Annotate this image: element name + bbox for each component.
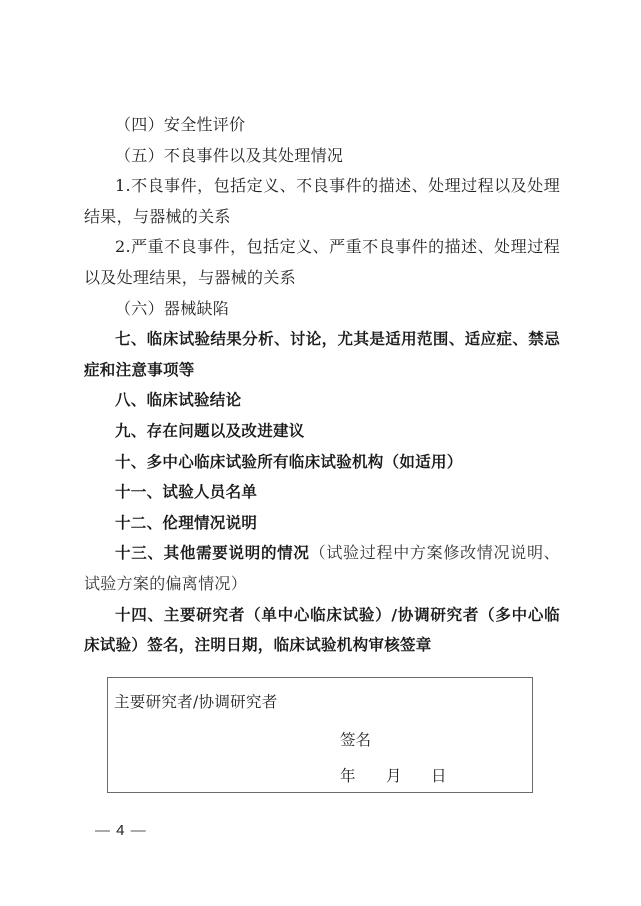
section-10-heading: 十、多中心临床试验所有临床试验机构（如适用） [84, 447, 560, 478]
section-12-heading: 十二、伦理情况说明 [84, 508, 560, 539]
adverse-events-item-2: 2.严重不良事件，包括定义、严重不良事件的描述、处理过程以及处理结果，与器械的关… [84, 232, 560, 293]
signature-label: 签名 [340, 728, 371, 750]
section-11-heading: 十一、试验人员名单 [84, 477, 560, 508]
subsection-device-defects: （六）器械缺陷 [84, 294, 560, 325]
document-page: （四）安全性评价 （五）不良事件以及其处理情况 1.不良事件，包括定义、不良事件… [0, 0, 641, 906]
page-number-left-dash: — [95, 822, 111, 839]
section-7-heading: 七、临床试验结果分析、讨论，尤其是适用范围、适应症、禁忌症和注意事项等 [84, 324, 560, 385]
section-8-heading: 八、临床试验结论 [84, 385, 560, 416]
document-body: （四）安全性评价 （五）不良事件以及其处理情况 1.不良事件，包括定义、不良事件… [84, 110, 560, 661]
date-year-label: 年 [340, 764, 356, 786]
page-number-value: 4 [116, 822, 125, 839]
signature-role-label: 主要研究者/协调研究者 [114, 690, 278, 712]
subsection-safety-evaluation: （四）安全性评价 [84, 110, 560, 141]
section-14-heading: 十四、主要研究者（单中心临床试验）/协调研究者（多中心临床试验）签名，注明日期，… [84, 600, 560, 661]
adverse-events-item-1: 1.不良事件，包括定义、不良事件的描述、处理过程以及处理结果，与器械的关系 [84, 171, 560, 232]
subsection-adverse-events: （五）不良事件以及其处理情况 [84, 141, 560, 172]
section-13-heading: 十三、其他需要说明的情况（试验过程中方案修改情况说明、试验方案的偏离情况） [84, 538, 560, 599]
page-number: — 4 — [95, 822, 147, 839]
section-13-title: 十三、其他需要说明的情况 [115, 544, 310, 562]
signature-box: 主要研究者/协调研究者 签名 年 月 日 [107, 677, 533, 793]
date-month-label: 月 [386, 764, 402, 786]
section-9-heading: 九、存在问题以及改进建议 [84, 416, 560, 447]
page-number-right-dash: — [131, 822, 147, 839]
date-day-label: 日 [431, 764, 447, 786]
